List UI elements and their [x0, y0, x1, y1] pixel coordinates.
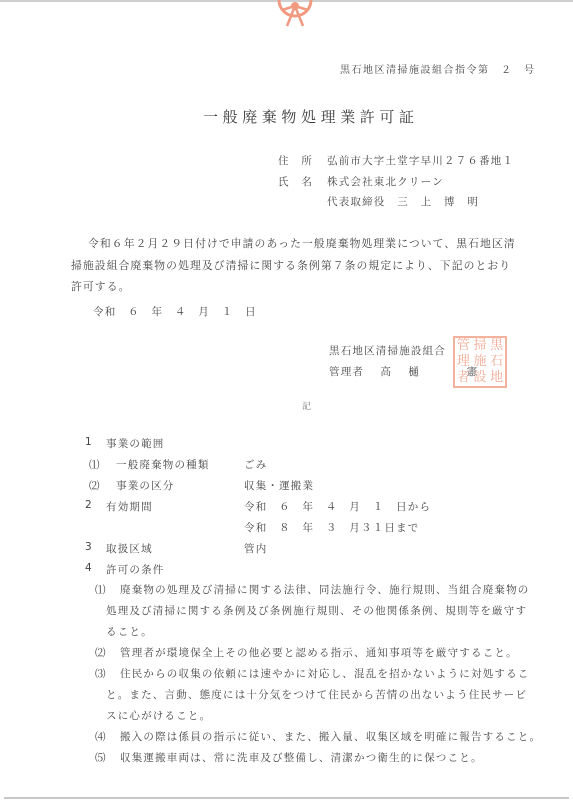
item-validity-num: 2 — [85, 499, 93, 511]
condition-5-num: ⑸ — [95, 750, 107, 765]
item-conditions-label: 許可の条件 — [106, 562, 165, 577]
seal-char: 設 — [472, 370, 489, 386]
item-business-class-value: 収集・運搬業 — [244, 478, 314, 493]
item-validity-from: 令和 ６ 年 ４ 月 １ 日から — [244, 499, 431, 514]
name-label: 氏 名 — [278, 174, 313, 189]
condition-1-line3: ること。 — [106, 624, 153, 639]
item-business-class-num: ⑵ — [89, 478, 101, 493]
item-waste-type-label: 一般廃棄物の種類 — [116, 457, 210, 472]
address-label: 住 所 — [278, 153, 313, 168]
item-area-value: 管内 — [244, 541, 267, 556]
item-scope-label: 事業の範囲 — [106, 436, 165, 451]
item-area-label: 取扱区域 — [106, 541, 153, 556]
condition-1-line2: 処理及び清掃に関する条例及び条例施行規則、その他関係条例、規則等を厳守す — [106, 603, 527, 618]
issue-date: 令和 ６ 年 ４ 月 １ 日 — [93, 304, 257, 319]
document-number: 黒石地区清掃施設組合指令第 ２ 号 — [340, 61, 536, 76]
official-seal-icon: 管 掃 黒 理 施 石 者 設 地 — [453, 336, 507, 388]
condition-3-num: ⑶ — [95, 666, 107, 681]
item-scope-num: 1 — [85, 436, 93, 448]
condition-3-line1: 住民からの収集の依頼には速やかに対応し、混乱を招かないように対処するこ — [120, 666, 530, 681]
municipal-emblem-icon — [277, 0, 313, 30]
item-business-class-label: 事業の区分 — [116, 478, 175, 493]
item-conditions-num: 4 — [85, 562, 93, 574]
item-validity-to: 令和 ８ 年 ３ 月３１日まで — [244, 520, 420, 535]
seal-char: 石 — [488, 354, 505, 370]
issuer-organization: 黒石地区清掃施設組合 — [329, 343, 446, 358]
condition-2-num: ⑵ — [95, 645, 107, 660]
item-waste-type-num: ⑴ — [89, 457, 101, 472]
condition-4-line1: 搬入の際は係員の指示に従い、また、搬入量、収集区域を明確に報告すること。 — [120, 729, 541, 744]
page-bottom-border — [4, 797, 569, 799]
item-waste-type-value: ごみ — [244, 457, 267, 472]
seal-char: 地 — [488, 370, 505, 386]
condition-1-num: ⑴ — [95, 582, 107, 597]
ki-heading: 記 — [302, 399, 312, 412]
condition-1-line1: 廃棄物の処理及び清掃に関する法律、同法施行令、施行規則、当組合廃棄物の — [120, 582, 530, 597]
item-area-num: 3 — [85, 541, 93, 553]
name-value: 株式会社東北クリーン — [327, 174, 444, 189]
document-title: 一般廃棄物処理業許可証 — [203, 106, 419, 127]
seal-char: 黒 — [488, 338, 505, 354]
condition-2-line1: 管理者が環境保全上その他必要と認める指示、通知事項等を厳守すること。 — [120, 645, 518, 660]
seal-char: 管 — [455, 338, 472, 354]
seal-char: 者 — [455, 370, 472, 386]
condition-3-line3: スに心がけること。 — [106, 708, 211, 723]
item-validity-label: 有効期間 — [106, 499, 153, 514]
representative: 代表取締役 三 上 博 明 — [327, 194, 479, 209]
seal-char: 理 — [455, 354, 472, 370]
body-paragraph: 令和６年２月２９日付けで申請のあった一般廃棄物処理業について、黒石地区清掃施設組… — [71, 233, 521, 298]
seal-char: 掃 — [472, 338, 489, 354]
condition-5-line1: 収集運搬車両は、常に洗車及び整備し、清潔かつ衛生的に保つこと。 — [120, 750, 483, 765]
address-value: 弘前市大字土堂字早川２７６番地１ — [327, 153, 514, 168]
condition-3-line2: と。また、言動、態度には十分気をつけて住民から苦情の出ないよう住民サービ — [106, 687, 527, 702]
condition-4-num: ⑷ — [95, 729, 107, 744]
seal-char: 施 — [472, 354, 489, 370]
